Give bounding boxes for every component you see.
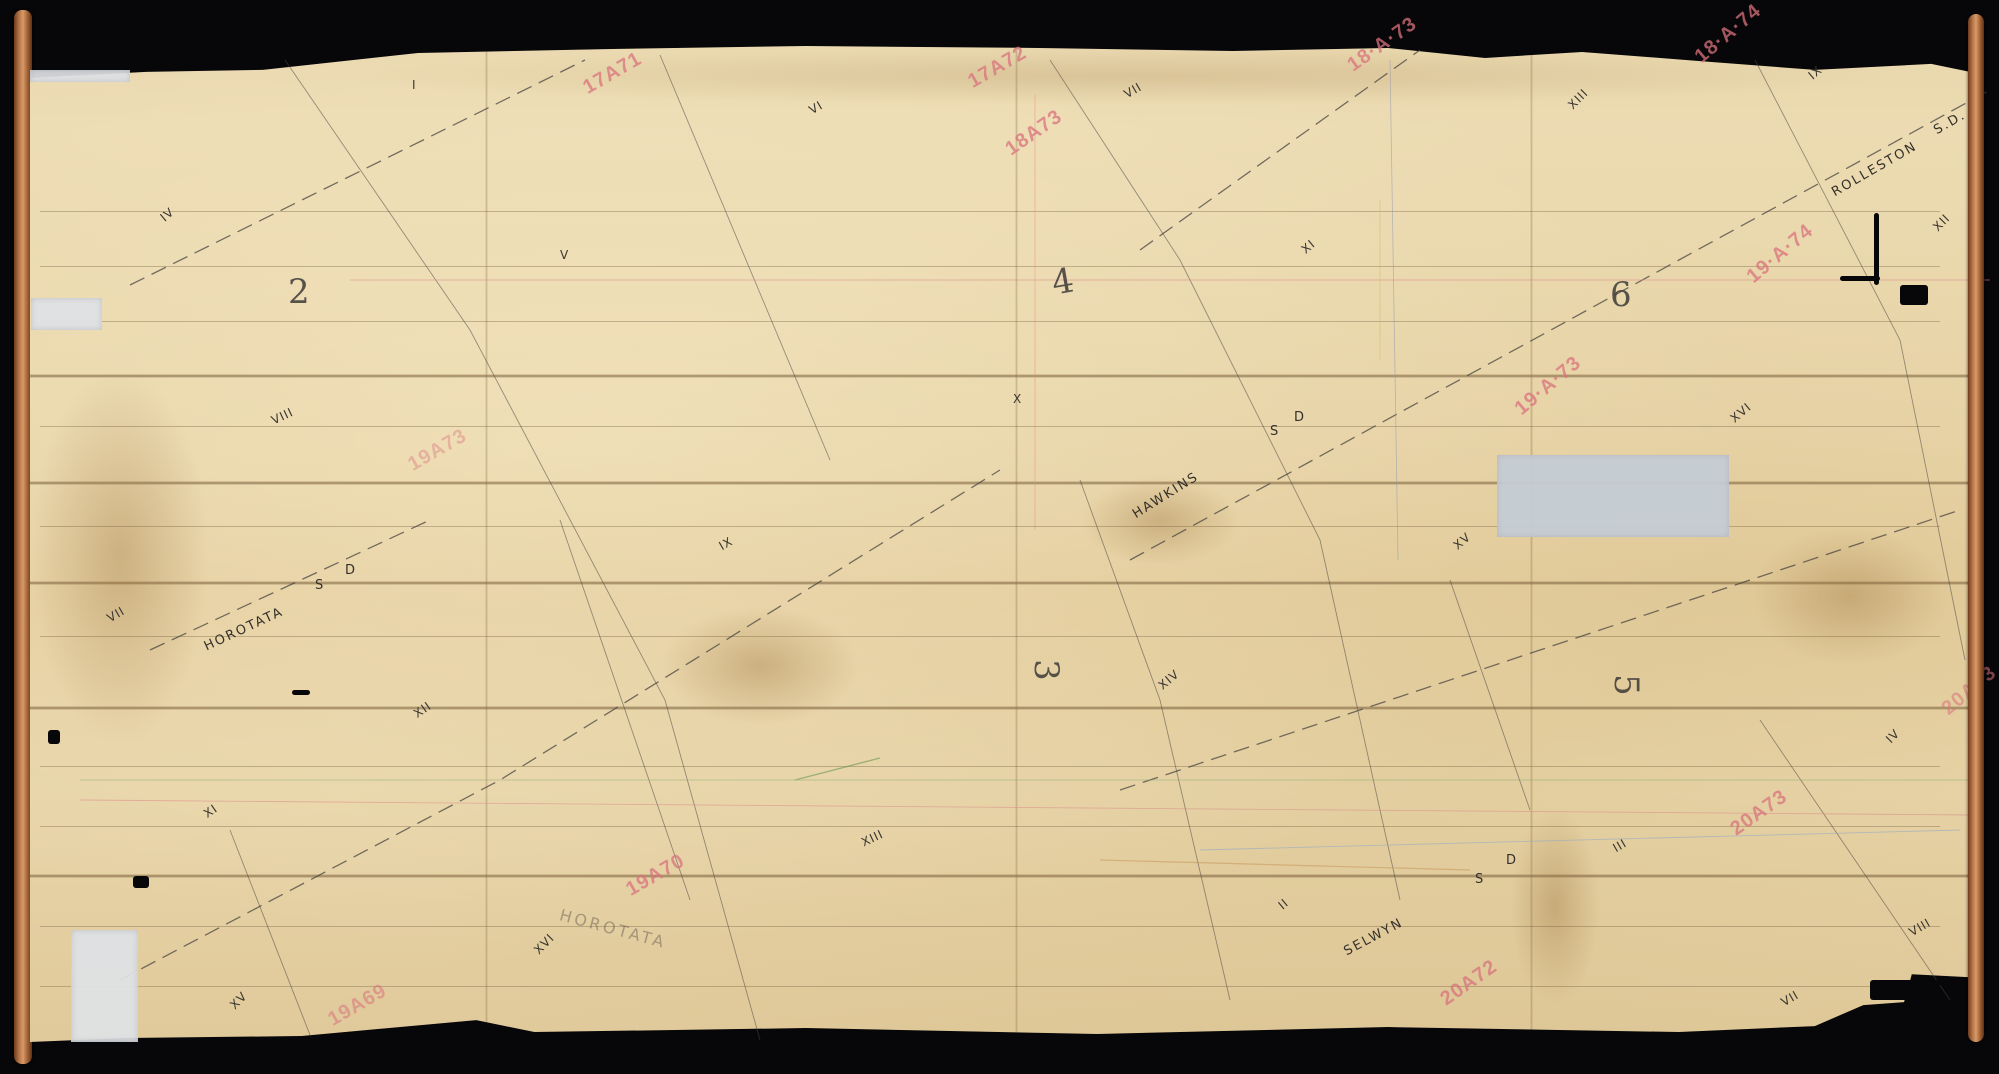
paper-crack bbox=[40, 266, 1940, 267]
fold-line bbox=[1015, 46, 1018, 1042]
fold-line bbox=[30, 874, 1970, 878]
paper-crack bbox=[40, 926, 1940, 927]
tape-patch bbox=[31, 298, 102, 330]
fold-line bbox=[1530, 46, 1533, 1042]
tape-patch bbox=[71, 930, 138, 1042]
paper-crack bbox=[40, 826, 1940, 827]
block-numeral: X bbox=[1013, 392, 1022, 406]
sheet-number-2: 2 bbox=[288, 272, 310, 312]
tape-patch bbox=[1497, 455, 1729, 537]
water-stain bbox=[1750, 526, 1950, 666]
district-suffix: S bbox=[1270, 424, 1280, 439]
sheet-number-3: 3 bbox=[1026, 659, 1066, 681]
fold-line bbox=[30, 374, 1970, 378]
left-wooden-roller bbox=[14, 10, 32, 1064]
water-stain bbox=[660, 606, 860, 726]
paper-crack bbox=[40, 426, 1940, 427]
paper-hole bbox=[133, 876, 149, 888]
sheet-number-6: 6 bbox=[1610, 275, 1632, 315]
district-suffix: D bbox=[1506, 853, 1518, 868]
water-stain bbox=[1510, 806, 1600, 1006]
paper-hole bbox=[48, 730, 60, 744]
paper-hole bbox=[1870, 980, 1940, 1000]
fold-line bbox=[30, 706, 1970, 710]
paper-crack bbox=[40, 321, 1940, 322]
paper-crack bbox=[40, 211, 1940, 212]
district-suffix: S bbox=[1475, 872, 1485, 887]
map-sheet bbox=[30, 46, 1970, 1042]
block-numeral: V bbox=[560, 248, 569, 262]
catalogue-stamp: 18·A·74 bbox=[1691, 0, 1767, 68]
tape-patch bbox=[30, 70, 130, 82]
sheet-number-5: 5 bbox=[1606, 674, 1646, 696]
paper-hole bbox=[292, 690, 310, 695]
right-wooden-roller bbox=[1968, 14, 1984, 1042]
paper-crack bbox=[40, 986, 1940, 987]
district-suffix: D bbox=[345, 563, 357, 578]
paper-hole bbox=[1900, 285, 1928, 305]
fold-line bbox=[485, 46, 488, 1042]
paper-tear bbox=[1874, 213, 1879, 285]
map-viewer: ROLLESTON S.D. HAWKINS S D HOROTATA S D … bbox=[0, 0, 1999, 1074]
water-stain bbox=[30, 366, 210, 746]
paper-tear bbox=[1840, 276, 1880, 281]
district-suffix: D bbox=[1294, 410, 1306, 425]
district-suffix: S bbox=[315, 578, 325, 593]
paper-crack bbox=[40, 766, 1940, 767]
paper-crack bbox=[40, 636, 1940, 637]
block-numeral: I bbox=[412, 78, 417, 92]
